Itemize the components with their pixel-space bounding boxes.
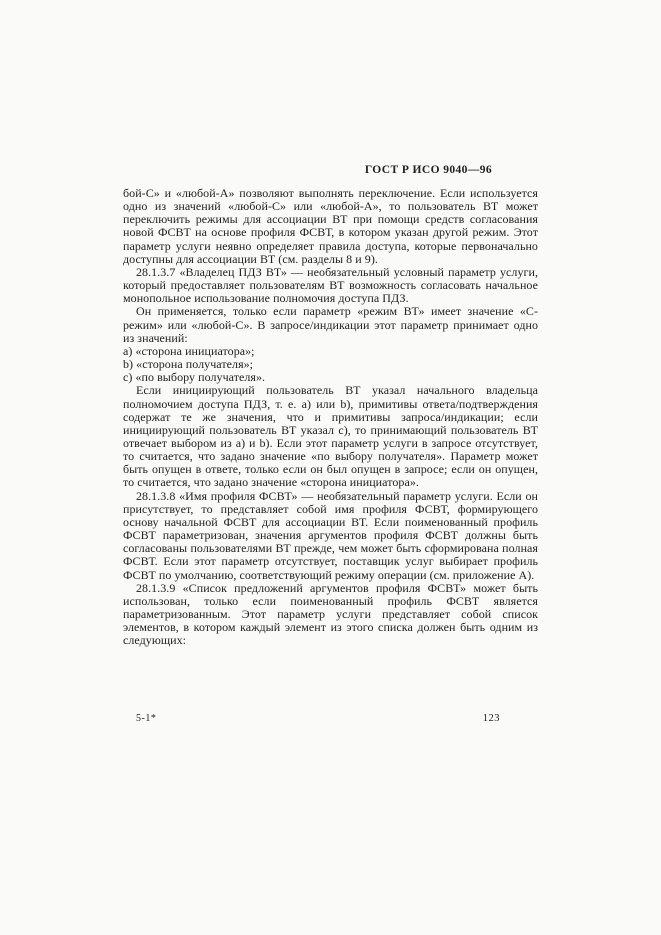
signature-mark: 5-1* [123, 713, 156, 724]
paragraph-28-1-3-8: 28.1.3.8 «Имя профиля ФСВТ» — необязател… [123, 490, 538, 582]
paragraph-28-1-3-9: 28.1.3.9 «Список предложений аргументов … [123, 582, 538, 648]
paragraph-owner-rules: Если инициирующий пользователь ВТ указал… [123, 384, 538, 489]
paragraph-28-1-3-7: 28.1.3.7 «Владелец ПДЗ ВТ» — необязатель… [123, 266, 538, 305]
document-page: ГОСТ Р ИСО 9040—96 бой-С» и «любой-А» по… [0, 0, 661, 935]
page-number: 123 [483, 713, 538, 724]
paragraph-continuation: бой-С» и «любой-А» позволяют выполнять п… [123, 187, 538, 266]
page-footer: 5-1* 123 [123, 713, 538, 724]
body-text: бой-С» и «любой-А» позволяют выполнять п… [123, 187, 538, 647]
paragraph-applicability: Он применяется, только если параметр «ре… [123, 305, 538, 344]
running-header: ГОСТ Р ИСО 9040—96 [123, 164, 538, 176]
